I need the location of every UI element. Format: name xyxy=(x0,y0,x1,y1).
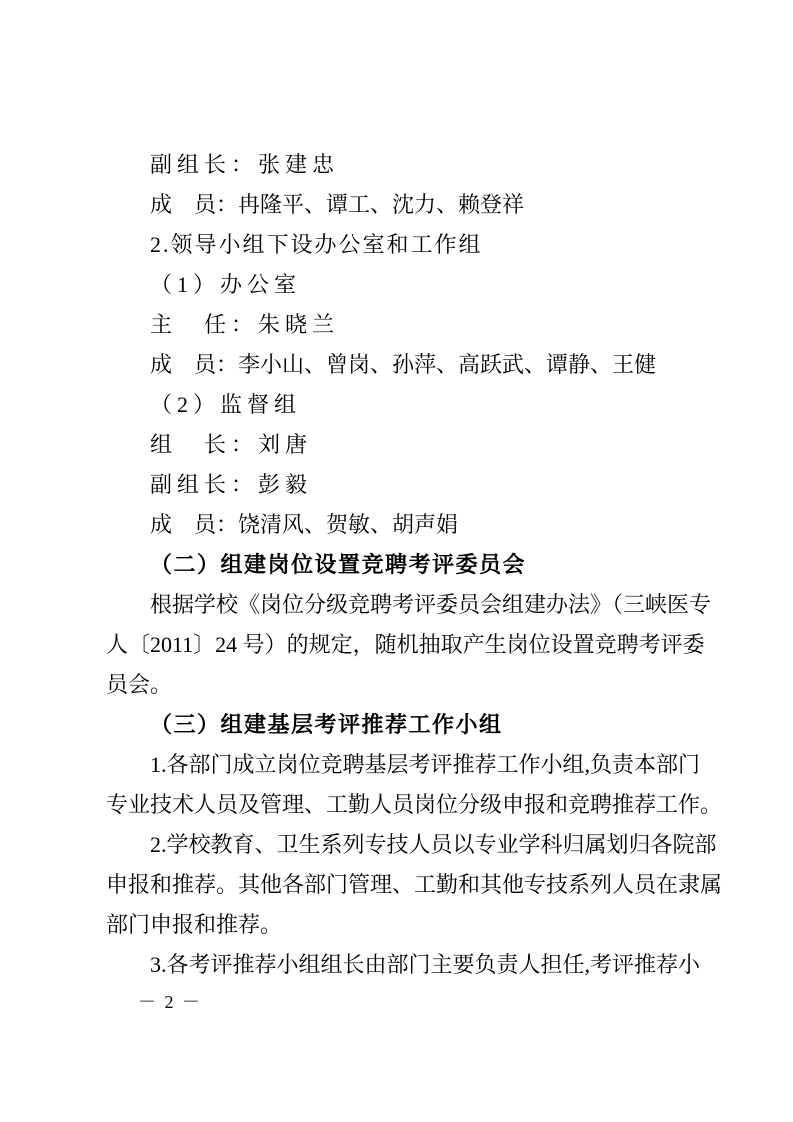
document-line: （2）监督组 xyxy=(106,385,718,425)
document-line: （三）组建基层考评推荐工作小组 xyxy=(106,705,718,745)
document-line: 2.学校教育、卫生系列专技人员以专业学科归属划归各院部 xyxy=(106,825,718,865)
document-line: 成 员：冉隆平、谭工、沈力、赖登祥 xyxy=(106,185,718,225)
document-line: （1）办公室 xyxy=(106,265,718,305)
document-line: 成 员：李小山、曾岗、孙萍、高跃武、谭静、王健 xyxy=(106,345,718,385)
document-page: 副组长：张建忠成 员：冉隆平、谭工、沈力、赖登祥2.领导小组下设办公室和工作组（… xyxy=(0,0,793,1122)
document-body: 副组长：张建忠成 员：冉隆平、谭工、沈力、赖登祥2.领导小组下设办公室和工作组（… xyxy=(106,145,718,985)
document-line: 部门申报和推荐。 xyxy=(106,905,718,945)
document-line: （二）组建岗位设置竞聘考评委员会 xyxy=(106,545,718,585)
document-line: 成 员：饶清风、贺敏、胡声娟 xyxy=(106,505,718,545)
page-number: － 2 － xyxy=(138,988,202,1016)
document-line: 主 任：朱晓兰 xyxy=(106,305,718,345)
document-line: 申报和推荐。其他各部门管理、工勤和其他专技系列人员在隶属 xyxy=(106,865,718,905)
document-line: 组 长：刘唐 xyxy=(106,425,718,465)
document-line: 根据学校《岗位分级竞聘考评委员会组建办法》（三峡医专 xyxy=(106,585,718,625)
document-line: 副组长：彭毅 xyxy=(106,465,718,505)
document-line: 副组长：张建忠 xyxy=(106,145,718,185)
document-line: 3.各考评推荐小组组长由部门主要负责人担任,考评推荐小 xyxy=(106,945,718,985)
document-line: 专业技术人员及管理、工勤人员岗位分级申报和竞聘推荐工作。 xyxy=(106,785,718,825)
document-line: 人〔2011〕24 号）的规定，随机抽取产生岗位设置竞聘考评委 xyxy=(106,625,718,665)
document-line: 2.领导小组下设办公室和工作组 xyxy=(106,225,718,265)
document-line: 1.各部门成立岗位竞聘基层考评推荐工作小组,负责本部门 xyxy=(106,745,718,785)
document-line: 员会。 xyxy=(106,665,718,705)
